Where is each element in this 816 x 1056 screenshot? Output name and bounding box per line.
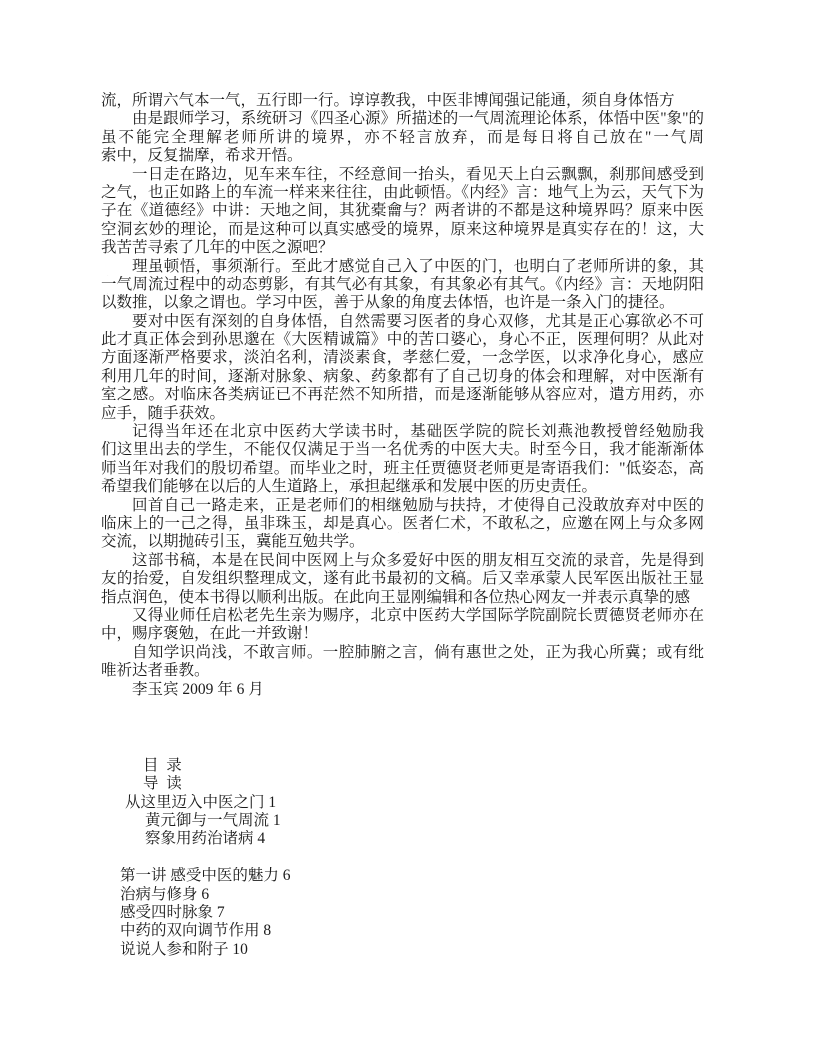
preface-line: 自知学识尚浅，不敢言师。一腔肺腑之言，倘有惠世之处，正为我心所冀；或有纰缪之语， — [101, 644, 704, 662]
toc-entry: 感受四时脉象 7 — [101, 904, 704, 922]
preface-line: 一日走在路边，见车来车往，不经意间一抬头，看见天上白云飘飘，刹那间感受到了天地 — [101, 166, 704, 184]
toc-entry: 中药的双向调节作用 8 — [101, 922, 704, 940]
table-of-contents: 目 录导 读从这里迈入中医之门 1黄元御与一气周流 1察象用药治诸病 4第一讲 … — [101, 757, 704, 959]
preface-line: 指点润色，使本书得以顺利出版。在此向王显刚编辑和各位热心网友一并表示真挚的感谢！ — [101, 589, 704, 607]
preface-line: 以数推，以象之谓也。学习中医，善于从象的角度去体悟，也许是一条入门的捷径。 — [101, 294, 704, 312]
preface-line: 空洞玄妙的理论，而是这种可以真实感受的境界，原来这种境界是真实存在的！这，大概就… — [101, 221, 704, 239]
preface-line: 之气，也正如路上的车流一样来来往往，由此顿悟。《内经》言：地气上为云，天气下为雨… — [101, 184, 704, 202]
preface-line: 师当年对我们的殷切希望。而毕业之时，班主任贾德贤老师更是寄语我们："低姿态，高起… — [101, 460, 704, 478]
toc-entry: 第一讲 感受中医的魅力 6 — [101, 867, 704, 885]
preface-line: 应手，随手获效。 — [101, 405, 704, 423]
preface-line: 交流，以期抛砖引玉，冀能互勉共学。 — [101, 533, 704, 551]
toc-entry: 治病与修身 6 — [101, 886, 704, 904]
preface-line: 友的抬爱，自发组织整理成文，遂有此书最初的文稿。后又幸承蒙人民军医出版社王显刚编… — [101, 570, 704, 588]
preface-line: 临床上的一己之得，虽非珠玉，却是真心。医者仁术，不敢私之，应邀在网上与众多网友相… — [101, 515, 704, 533]
preface-line: 此才真正体会到孙思邈在《大医精诚篇》中的苦口婆心，身心不正，医理何明？从此对自己… — [101, 331, 704, 349]
toc-entry: 说说人参和附子 10 — [101, 941, 704, 959]
preface-line: 虽不能完全理解老师所讲的境界，亦不轻言放弃，而是每日将自己放在"一气周流"与"象… — [101, 129, 704, 147]
toc-entry: 目 录 — [101, 757, 704, 775]
preface-line: 回首自己一路走来，正是老师们的相继勉励与扶持，才使得自己没敢放弃对中医的追求。 — [101, 497, 704, 515]
preface-line: 流，所谓六气本一气，五行即一行。谆谆教我，中医非博闻强记能通，须自身体悟方入。 — [101, 92, 704, 110]
preface-line: 方面逐渐严格要求，淡泊名利，清淡素食，孝慈仁爱，一念学医，以求净化身心，感应天地… — [101, 349, 704, 367]
preface-line: 室之感。对临床各类病证已不再茫然不知所措，而是逐渐能够从容应对，遣方用药，亦能得… — [101, 386, 704, 404]
document-page: 流，所谓六气本一气，五行即一行。谆谆教我，中医非博闻强记能通，须自身体悟方入。由… — [0, 0, 816, 1056]
preface-line: 记得当年还在北京中医药大学读书时，基础医学院的院长刘燕池教授曾经勉励我们，从我 — [101, 423, 704, 441]
toc-entry: 黄元御与一气周流 1 — [101, 812, 704, 830]
toc-entry: 导 读 — [101, 775, 704, 793]
toc-spacer — [101, 849, 704, 867]
preface-line: 希望我们能够在以后的人生道路上，承担起继承和发展中医的历史责任。 — [101, 478, 704, 496]
preface-line: 要对中医有深刻的自身体悟，自然需要习医者的身心双修，尤其是正心寡欲必不可少。至 — [101, 313, 704, 331]
preface-line: 中，赐序褒勉，在此一并致谢！ — [101, 625, 704, 643]
preface-line: 又得业师任启松老先生亲为赐序，北京中医药大学国际学院副院长贾德贤老师亦在百忙之 — [101, 607, 704, 625]
preface-textblock: 流，所谓六气本一气，五行即一行。谆谆教我，中医非博闻强记能通，须自身体悟方入。由… — [101, 92, 704, 959]
preface-line: 一气周流过程中的动态剪影，有其气必有其象，有其象必有其气。《内经》言：天地阴阳者… — [101, 276, 704, 294]
preface-line: 子在《道德经》中讲：天地之间，其犹橐龠与？两者讲的不都是这种境界吗？原来中医并不… — [101, 202, 704, 220]
preface-line: 利用几年的时间，逐渐对脉象、病象、药象都有了自己切身的体会和理解，对中医渐有登堂… — [101, 368, 704, 386]
preface-line: 这部书稿，本是在民间中医网上与众多爱好中医的朋友相互交流的录音，先是得到众多网 — [101, 552, 704, 570]
preface-line: 索中，反复揣摩，希求开悟。 — [101, 147, 704, 165]
preface-line: 唯祈达者垂教。 — [101, 662, 704, 680]
preface-line: 们这里出去的学生，不能仅仅满足于当一名优秀的中医大夫。时至今日，我才能渐渐体会到… — [101, 441, 704, 459]
preface-line: 由是跟师学习，系统研习《四圣心源》所描述的一气周流理论体系，体悟中医"象"的内涵… — [101, 110, 704, 128]
preface-line: 理虽顿悟，事须渐行。至此才感觉自己入了中医的门，也明白了老师所讲的象，其实就是 — [101, 258, 704, 276]
preface-line: 我苦苦寻索了几年的中医之源吧？ — [101, 239, 704, 257]
preface-paragraphs: 流，所谓六气本一气，五行即一行。谆谆教我，中医非博闻强记能通，须自身体悟方入。由… — [101, 92, 704, 699]
preface-line: 李玉宾 2009 年 6 月 — [101, 681, 704, 699]
toc-entry: 察象用药治诸病 4 — [101, 830, 704, 848]
toc-entry: 从这里迈入中医之门 1 — [101, 794, 704, 812]
